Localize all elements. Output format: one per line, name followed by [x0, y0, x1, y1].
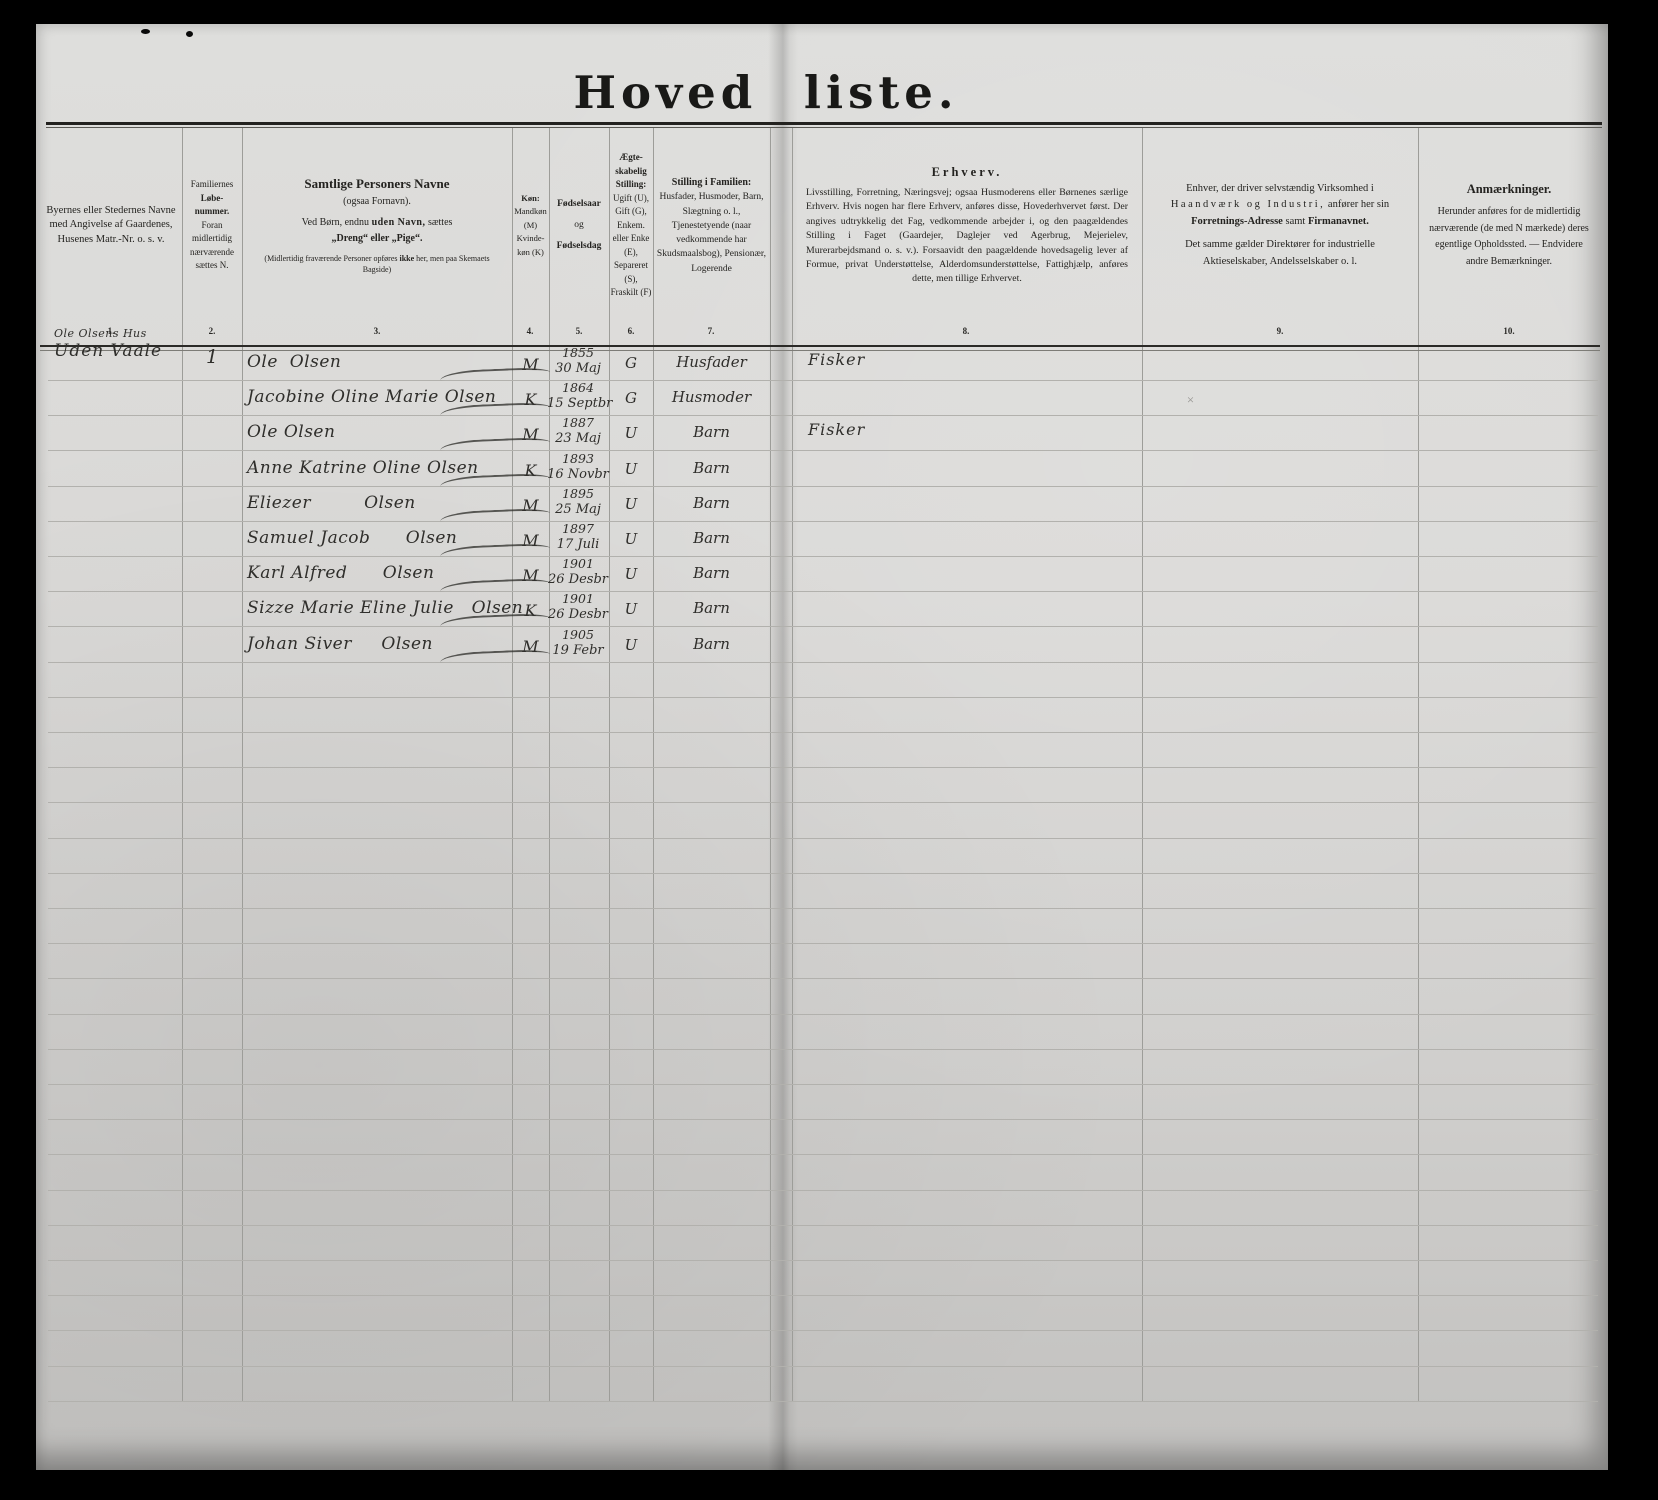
person-marital-status: G	[609, 389, 653, 407]
column-number-4: 4.	[510, 326, 550, 336]
column-number-10: 10.	[1489, 326, 1529, 336]
person-row: Johan Siver Olsen M 1905 19 Febr U Barn	[40, 627, 1600, 662]
person-birth-day: 16 Novbr	[547, 467, 609, 482]
title-double-rule	[46, 122, 1602, 128]
person-birth-year: 1855	[547, 345, 609, 360]
header-col2-line1: Familiernes	[191, 178, 234, 192]
header-col1-place: Byernes eller Stedernes Navne med Angive…	[40, 127, 182, 324]
header-col2-note: Foran midlertidig nærværende sættes N.	[184, 219, 240, 273]
person-marital-status: U	[609, 565, 653, 583]
header-col9-text: Enhver, der driver selvstændig Virksomhe…	[1154, 181, 1406, 231]
header-col6-bold: skabelig	[615, 165, 647, 179]
person-sex: M	[512, 531, 549, 550]
header-col4-line: køn (K)	[517, 246, 544, 260]
header-col5-line: Fødselsdag	[557, 236, 602, 257]
header-col6-bold: Ægte-	[619, 151, 643, 165]
page-title: Hoved liste.	[516, 66, 1016, 119]
header-col4-line: (M)	[524, 219, 537, 233]
person-name: Anne Katrine Oline Olsen	[247, 458, 479, 478]
person-sex: M	[512, 425, 549, 444]
person-marital-status: U	[609, 600, 653, 618]
ruled-line	[48, 873, 1598, 874]
header-col3-rule2: „Dreng“ eller „Pige“.	[332, 232, 423, 246]
person-marital-status: U	[609, 495, 653, 513]
header-col4-sex: Køn: Mandkøn (M) Kvinde- køn (K)	[512, 127, 549, 324]
header-col10-body: Herunder anføres for de midlertidig nærv…	[1426, 204, 1592, 270]
person-name: Eliezer Olsen	[247, 493, 416, 513]
header-col7-text: Husfader, Husmoder, Barn, Slægtning o. l…	[656, 190, 767, 276]
person-family-position: Barn	[653, 529, 770, 547]
ruled-line	[48, 1260, 1598, 1261]
census-page: Hoved liste. × Byernes eller Stedernes N…	[36, 24, 1608, 1470]
person-marital-status: U	[609, 530, 653, 548]
ruled-line	[48, 943, 1598, 944]
header-col3-names: Samtlige Personers Navne (ogsaa Fornavn)…	[242, 127, 512, 324]
ruled-line	[48, 1401, 1598, 1402]
person-row: Anne Katrine Oline Olsen K 1893 16 Novbr…	[40, 451, 1600, 486]
column-number-2: 2.	[192, 326, 232, 336]
person-birth-day: 19 Febr	[547, 643, 609, 658]
person-row: Karl Alfred Olsen M 1901 26 Desbr U Barn	[40, 556, 1600, 591]
person-marital-status: U	[609, 460, 653, 478]
person-birth-day: 17 Juli	[547, 537, 609, 552]
person-family-position: Barn	[653, 564, 770, 582]
person-marital-status: G	[609, 354, 653, 372]
person-sex: M	[512, 566, 549, 585]
column-number-6: 6.	[611, 326, 651, 336]
header-col6-bold: Stilling:	[616, 178, 647, 192]
header-col3-note-pre: (Midlertidig fraværende Personer opføres	[264, 254, 399, 263]
person-birth-day: 23 Maj	[547, 431, 609, 446]
header-col10-remarks: Anmærkninger. Herunder anføres for de mi…	[1418, 127, 1600, 324]
header-col3-rule-post: sættes	[425, 217, 452, 228]
header-col3-note-bold: ikke	[399, 254, 414, 263]
person-name: Johan Siver Olsen	[247, 634, 433, 654]
column-number-8: 8.	[946, 326, 986, 336]
column-number-7: 7.	[691, 326, 731, 336]
header-col9-bold1: Forretnings-Adresse	[1191, 216, 1283, 227]
header-col1-text: Byernes eller Stedernes Navne med Angive…	[46, 204, 176, 247]
header-col4-line: Mandkøn	[514, 205, 547, 219]
ruled-line	[48, 767, 1598, 768]
person-family-position: Barn	[653, 423, 770, 441]
person-name: Ole Olsen	[247, 422, 335, 442]
header-col9-line2: Det samme gælder Direktører for industri…	[1154, 237, 1406, 271]
person-birth-day: 30 Maj	[547, 361, 609, 376]
header-col9-business: Enhver, der driver selvstændig Virksomhe…	[1142, 127, 1418, 324]
column-number-3: 3.	[357, 326, 397, 336]
header-col7-family-position: Stilling i Familien: Husfader, Husmoder,…	[653, 127, 770, 324]
person-name: Ole Olsen	[247, 352, 341, 372]
person-family-position: Barn	[653, 635, 770, 653]
person-sex: K	[512, 461, 549, 480]
person-birth-year: 1897	[547, 521, 609, 536]
column-divider	[770, 127, 771, 1401]
person-birth-year: 1887	[547, 415, 609, 430]
ruled-line	[48, 1295, 1598, 1296]
header-col4-line: Kvinde-	[517, 232, 545, 246]
header-col9-pre: Enhver, der driver selvstændig Virksomhe…	[1186, 183, 1374, 194]
ruled-line	[48, 1225, 1598, 1226]
header-col3-rule-pre: Ved Børn, endnu	[302, 217, 372, 228]
person-row: Eliezer Olsen M 1895 25 Maj U Barn	[40, 486, 1600, 521]
person-marital-status: U	[609, 636, 653, 654]
person-birth-year: 1905	[547, 627, 609, 642]
person-row: Ole Olsen M 1855 30 Maj G Husfader Fiske…	[40, 345, 1600, 380]
ruled-line	[48, 1084, 1598, 1085]
header-col2-family-number: Familiernes Løbe-nummer. Foran midlertid…	[182, 127, 242, 324]
header-col7-title: Stilling i Familien:	[672, 175, 751, 190]
ruled-line	[48, 978, 1598, 979]
header-col2-bold: Løbe-nummer.	[184, 192, 240, 219]
header-col4-line: Køn:	[521, 192, 539, 206]
scan-background: { "document": { "title": "Hoved liste.",…	[0, 0, 1658, 1500]
person-sex: K	[512, 601, 549, 620]
ruled-line	[48, 1154, 1598, 1155]
person-birth-year: 1864	[547, 380, 609, 395]
person-name: Samuel Jacob Olsen	[247, 528, 457, 548]
census-table: Byernes eller Stedernes Navne med Angive…	[40, 127, 1600, 1407]
ruled-line	[48, 802, 1598, 803]
header-col5-birth: Fødselsaar og Fødselsdag	[549, 127, 609, 324]
header-col6-text: Ugift (U), Gift (G), Enkem. eller Enke (…	[610, 192, 652, 300]
ruled-line	[48, 1119, 1598, 1120]
header-col3-rule-bold: uden Navn,	[372, 217, 426, 228]
person-name: Jacobine Oline Marie Olsen	[247, 387, 496, 407]
person-occupation: Fisker	[808, 350, 948, 369]
scan-speck	[141, 29, 150, 34]
header-col6-marital: Ægte- skabelig Stilling: Ugift (U), Gift…	[609, 127, 653, 324]
header-col9-mid: anfører her sin	[1325, 199, 1389, 210]
ruled-line	[48, 838, 1598, 839]
person-birth-day: 26 Desbr	[547, 607, 609, 622]
ruled-line	[48, 1049, 1598, 1050]
header-col5-line: Fødselsaar	[557, 194, 601, 215]
header-col5-line: og	[574, 215, 584, 236]
header-col9-bold2: Firmanavnet.	[1308, 216, 1369, 227]
ruled-line	[48, 732, 1598, 733]
ruled-line	[48, 697, 1598, 698]
person-row: Sizze Marie Eline Julie Olsen K 1901 26 …	[40, 591, 1600, 626]
person-birth-year: 1901	[547, 556, 609, 571]
person-family-position: Husmoder	[653, 388, 770, 406]
person-birth-day: 25 Maj	[547, 502, 609, 517]
column-number-5: 5.	[559, 326, 599, 336]
header-col3-subtitle: (ogsaa Fornavn).	[343, 195, 411, 209]
header-col3-rule: Ved Børn, endnu uden Navn, sættes	[302, 216, 453, 230]
location-line1: Ole Olsens Hus	[54, 327, 162, 340]
stray-pen-mark: ×	[1186, 392, 1195, 408]
ruled-line	[48, 1190, 1598, 1191]
person-name: Karl Alfred Olsen	[247, 563, 434, 583]
column-number-9: 9.	[1260, 326, 1300, 336]
person-birth-day: 26 Desbr	[547, 572, 609, 587]
ruled-line	[48, 1366, 1598, 1367]
person-birth-year: 1895	[547, 486, 609, 501]
person-family-position: Barn	[653, 494, 770, 512]
person-birth-day: 15 Septbr	[547, 396, 609, 411]
person-family-position: Barn	[653, 599, 770, 617]
ruled-line	[48, 1014, 1598, 1015]
person-sex: M	[512, 355, 549, 374]
person-row: Ole Olsen M 1887 23 Maj U Barn Fisker	[40, 415, 1600, 450]
person-marital-status: U	[609, 424, 653, 442]
person-family-position: Husfader	[653, 353, 770, 371]
person-sex: M	[512, 637, 549, 656]
ruled-line	[48, 1330, 1598, 1331]
header-col3-note: (Midlertidig fraværende Personer opføres…	[252, 254, 502, 276]
ruled-line	[48, 908, 1598, 909]
person-birth-year: 1901	[547, 591, 609, 606]
header-col8-occupation: Erhverv. Livsstilling, Forretning, Nærin…	[792, 127, 1142, 324]
header-col10-title: Anmærkninger.	[1467, 181, 1552, 198]
header-col3-title: Samtlige Personers Navne	[304, 175, 449, 193]
person-sex: M	[512, 496, 549, 515]
person-row: Jacobine Oline Marie Olsen K 1864 15 Sep…	[40, 380, 1600, 415]
scan-speck	[186, 31, 193, 37]
header-col8-body: Livsstilling, Forretning, Næringsvej; og…	[806, 186, 1128, 287]
header-col9-spaced: Haandværk og Industri,	[1171, 199, 1325, 210]
person-birth-year: 1893	[547, 451, 609, 466]
person-family-position: Barn	[653, 459, 770, 477]
header-col8-title: Erhverv.	[932, 164, 1003, 181]
person-row: Samuel Jacob Olsen M 1897 17 Juli U Barn	[40, 521, 1600, 556]
person-occupation: Fisker	[808, 420, 948, 439]
person-sex: K	[512, 390, 549, 409]
header-col9-mid2: samt	[1283, 216, 1308, 227]
